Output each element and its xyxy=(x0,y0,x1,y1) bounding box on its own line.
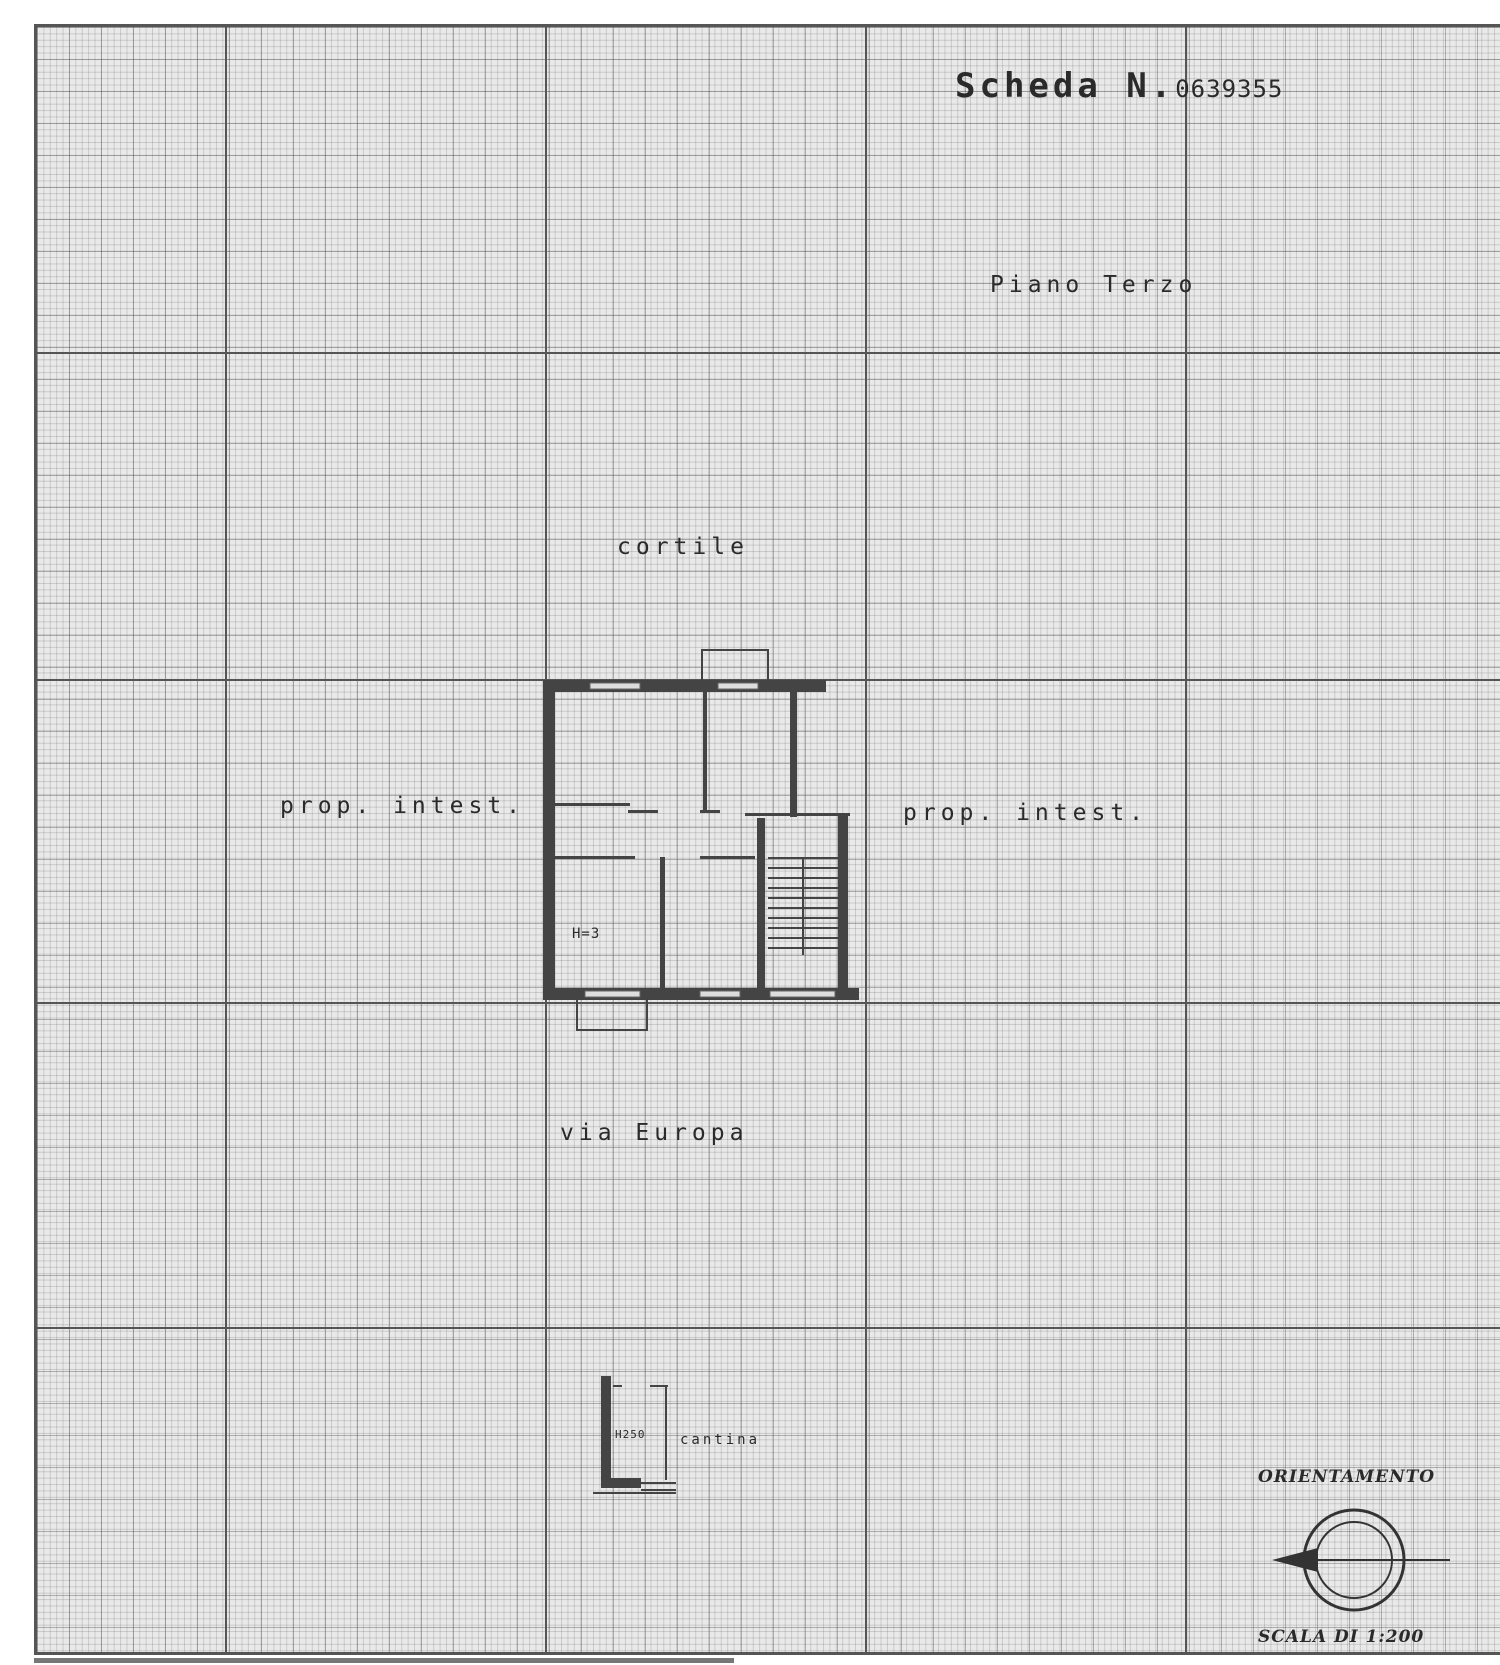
room-height-label: H=3 xyxy=(572,926,600,942)
floor-plan xyxy=(0,0,1500,1665)
scale-label: SCALA DI 1:200 xyxy=(1258,1627,1424,1647)
compass-icon xyxy=(1272,1510,1450,1610)
orientation-label: ORIENTAMENTO xyxy=(1258,1467,1435,1487)
cellar-height-label: H250 xyxy=(615,1428,646,1441)
cellar-label: cantina xyxy=(680,1432,760,1448)
